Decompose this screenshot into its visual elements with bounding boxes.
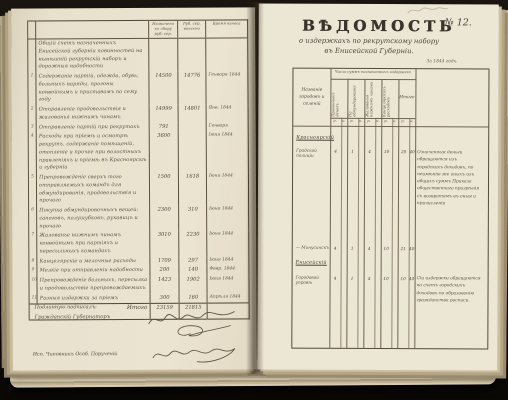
subtitle-line-1: о издержкахъ по рекрутскому набору: [259, 36, 480, 45]
clerk-title: Исп. Чиновникъ Особ. Порученій: [33, 352, 118, 357]
book-gutter: [246, 2, 264, 374]
table-rule: [414, 69, 416, 348]
row-description: Отправленіе продовольствія и жалованья н…: [36, 105, 149, 123]
row-number: 6: [29, 207, 37, 232]
table-rule: [397, 79, 399, 348]
column-header-2: На обмундированіе: [348, 80, 363, 117]
district-group-2: Енисейскій: [296, 260, 330, 266]
row-description: Покупка обмундировочныхъ вещей: сапоговъ…: [37, 206, 150, 232]
total-rub: 20: [398, 149, 409, 154]
row-paid: 297: [179, 256, 207, 266]
row-assigned: 791: [149, 122, 179, 132]
row-description: Мелкіе при отправленіи надобности: [37, 266, 150, 276]
row-assigned: 14500: [149, 72, 179, 105]
clerk-signature: [151, 343, 237, 365]
row-time: Іюня 1844: [207, 275, 249, 293]
expense-row: Общій счетъ назначенныхъ Енисейской губе…: [28, 38, 248, 73]
row-description: Общій счетъ назначенныхъ Енисейской губе…: [36, 38, 149, 72]
row-description: Отправленіе партій при рекрутахъ: [36, 122, 149, 132]
row-description: Разныя издержки за пріемъ: [37, 293, 150, 304]
value-cell: 1: [347, 149, 358, 154]
total-kop: 40: [409, 276, 415, 281]
unit-kop: к.: [342, 119, 345, 123]
total-column-header: Итого: [398, 95, 415, 100]
row-assigned: 1709: [150, 256, 180, 266]
unit-kop: к.: [359, 119, 362, 123]
row-description: Препровожденіе больныхъ, пересылка и про…: [37, 276, 150, 294]
total-rub: 21: [398, 246, 409, 251]
row-paid: 14801: [178, 105, 206, 123]
column-header-1: Прогонныхъ денегъ: [331, 80, 346, 117]
total-kop: 40: [409, 149, 415, 154]
unit-rub: р.: [367, 119, 370, 123]
row-assigned: 3600: [149, 132, 179, 173]
row-label-2: — Минусинскъ: [296, 245, 330, 250]
value-cell: 4: [330, 149, 341, 154]
row-number: 1: [28, 73, 36, 106]
row-time: Іюня 1844: [207, 256, 249, 266]
row-time: [206, 38, 248, 72]
page-title: ВѢДОМОСТЬ: [302, 17, 456, 36]
doc-number: № 12.: [445, 17, 472, 28]
expense-ledger-table: Назначено къ сбору руб. сер. Руб. сер. в…: [27, 19, 250, 320]
row-paid: 14776: [178, 72, 206, 105]
row-description: Жалованье нижнимъ чинамъ конвойнымъ при …: [37, 231, 150, 257]
row-time: Янв. 1844: [206, 104, 248, 122]
row-number: 3: [28, 123, 36, 133]
value-cell: 10: [381, 149, 392, 154]
right-page: ВѢДОМОСТЬ № 12. о издержкахъ по рекрутск…: [257, 3, 499, 370]
unit-rub: р.: [384, 119, 387, 123]
row-number: 8: [29, 257, 37, 267]
unit-kop: к.: [376, 119, 379, 123]
row-header: Названіе городовъ и селеній: [294, 87, 329, 108]
signature-block: Подлинную подписалъ: Гражданскій Губерна…: [35, 303, 245, 320]
row-paid: 160: [179, 293, 207, 303]
row-number: [28, 39, 36, 73]
row-time: Іюня 1844: [206, 132, 248, 173]
unit-rub: р.: [350, 119, 353, 123]
row-label-3: Городовой управѣ: [296, 275, 330, 285]
value-cell: 10: [381, 246, 392, 251]
unit-rub: р.: [333, 119, 336, 123]
value-cell: 4: [364, 276, 375, 281]
unit-kop: к.: [410, 119, 413, 123]
row-paid: 2230: [179, 231, 207, 256]
table-rule: [363, 79, 365, 348]
row-assigned: 200: [150, 266, 180, 276]
row-number: 5: [28, 174, 36, 207]
ledger-header-row: Назначено къ сбору руб. сер. Руб. сер. в…: [28, 20, 248, 39]
ledger-header-num: [28, 21, 36, 39]
row-paid: 1618: [179, 173, 207, 206]
expense-row: 6Покупка обмундировочныхъ вещей: сапогов…: [29, 205, 249, 231]
row-assigned: 14999: [149, 105, 179, 123]
expense-row: 2Отправленіе продовольствія и жалованья …: [28, 104, 248, 123]
value-cell: 4: [364, 149, 375, 154]
unit-kop: к.: [393, 119, 396, 123]
column-header-4: Канцелярскихъ расходовъ: [382, 80, 397, 117]
value-cell: 1: [347, 246, 358, 251]
row-assigned: 3010: [149, 231, 179, 256]
total-rub: 10: [398, 276, 409, 281]
book-photo: Назначено къ сбору руб. сер. Руб. сер. в…: [0, 0, 508, 400]
row-assigned: 300: [150, 293, 180, 303]
expense-row: 10Препровожденіе больныхъ, пересылка и п…: [29, 275, 249, 294]
margin-note-2: Сіи издержки обращаются на счетъ городск…: [416, 275, 482, 304]
band-title: Число суммъ назначенныхъ издержекъ: [330, 70, 415, 74]
expense-row: 4Расходы при пріемѣ и осмотрѣ рекрутъ, с…: [28, 132, 248, 174]
row-paid: 310: [179, 206, 207, 231]
expense-row: 1Содержаніе партій, одежда, обувь, больн…: [28, 71, 248, 105]
ledger-header-desc: [36, 20, 149, 39]
table-rule: [293, 126, 488, 128]
row-paid: [178, 38, 206, 72]
row-number: 4: [28, 133, 36, 174]
subtitle-line-2: въ Енисейской Губерніи.: [259, 46, 480, 55]
expense-row: 5Препровожденіе сверхъ того отправляемых…: [28, 172, 248, 206]
row-time: Іюня 1844: [207, 231, 249, 256]
row-time: Февр. 1844: [207, 266, 249, 276]
row-description: Расходы при пріемѣ и осмотрѣ рекрутъ, со…: [36, 132, 149, 173]
row-number: 10: [29, 277, 37, 295]
district-group-1: Красноярскій: [296, 135, 330, 141]
value-cell: 10: [381, 276, 392, 281]
row-time: Генваря: [206, 122, 248, 132]
row-description: Канцелярскіе и мелочные расходы: [37, 256, 150, 266]
ledger-header-time: Время взноса: [206, 20, 248, 38]
row-number: 11: [29, 294, 37, 304]
ledger-body: Общій счетъ назначенныхъ Енисейской губе…: [28, 38, 249, 304]
unit-rub: р.: [401, 119, 404, 123]
row-time: Апрѣля 1844: [207, 293, 249, 303]
total-kop: 40: [409, 246, 415, 251]
row-label-1: Градской полиціи: [296, 148, 330, 158]
summary-table: Число суммъ назначенныхъ издержекъ Назва…: [291, 68, 489, 350]
value-cell: 4: [330, 246, 341, 251]
row-assigned: 1423: [150, 276, 180, 294]
row-description: Содержаніе партій, одежда, обувь, больны…: [36, 72, 149, 106]
value-cell: 1: [347, 276, 358, 281]
row-paid: [179, 122, 207, 132]
table-rule: [346, 79, 348, 348]
row-assigned: 2300: [149, 206, 179, 231]
row-paid: 1902: [179, 276, 207, 294]
column-header-3: Жалованья нижнимъ чинамъ: [365, 80, 380, 117]
row-number: 2: [28, 106, 36, 124]
row-assigned: [148, 38, 178, 72]
ledger-header-assigned: Назначено къ сбору руб. сер.: [148, 20, 178, 38]
governor-signature: [147, 305, 239, 339]
table-rule: [380, 79, 382, 348]
row-number: 7: [29, 232, 37, 257]
row-time: Іюня 1844: [207, 205, 249, 230]
value-cell: 4: [330, 276, 341, 281]
row-time: Іюня 1844: [206, 172, 248, 205]
left-page: Назначено къ сбору руб. сер. Руб. сер. в…: [11, 7, 257, 370]
row-paid: [179, 132, 207, 173]
row-time: Генваря 1844: [206, 71, 248, 104]
row-assigned: 1500: [149, 173, 179, 206]
row-number: 9: [29, 267, 37, 277]
ledger-header-paid: Руб. сер. внесено: [178, 20, 206, 38]
value-cell: 4: [364, 246, 375, 251]
expense-row: 7Жалованье нижнимъ чинамъ конвойнымъ при…: [29, 231, 249, 257]
margin-note-1: Означенныя деньги обращаются изъ городск…: [417, 149, 483, 208]
year-note: За 1844 годъ: [427, 59, 457, 64]
row-paid: 140: [179, 266, 207, 276]
row-description: Препровожденіе сверхъ того отправляемыхъ…: [37, 173, 150, 207]
